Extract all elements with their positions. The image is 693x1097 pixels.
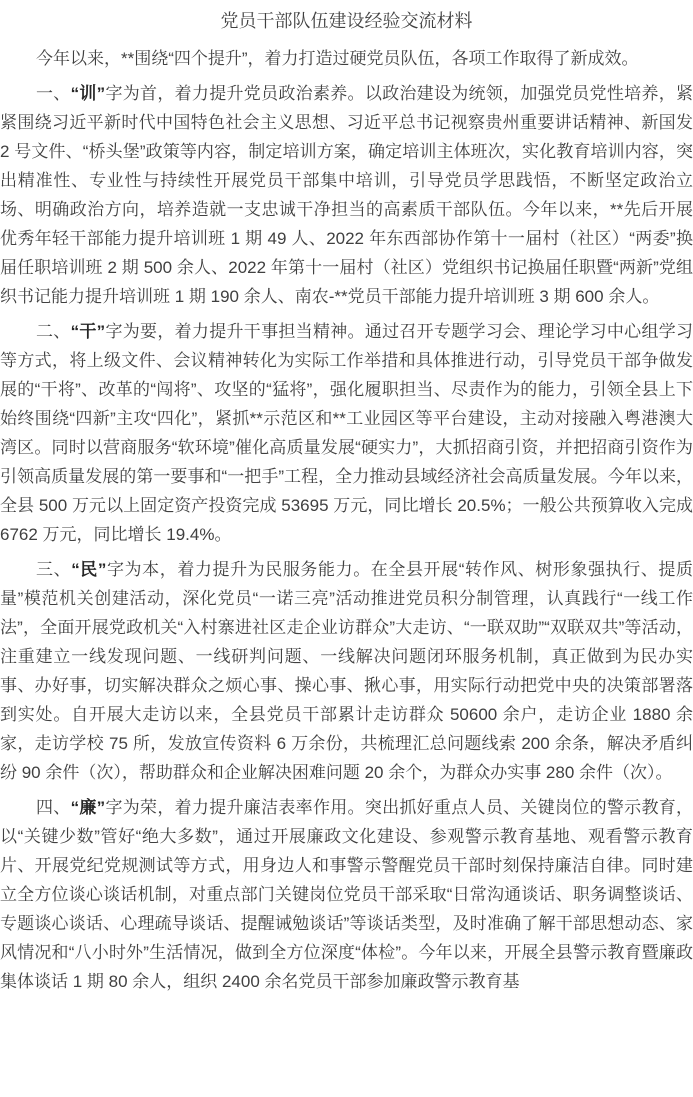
text-run: 字为荣，着力提升廉洁表率作用。突出抓好重点人员、关键岗位的警示教育，以“关键少数…: [0, 798, 693, 991]
paragraph: 二、“干”字为要，着力提升干事担当精神。通过召开专题学习会、理论学习中心组学习等…: [0, 317, 693, 549]
emphasis-text: “训”: [71, 84, 106, 103]
text-run: 今年以来，**围绕“四个提升”，着力打造过硬党员队伍，各项工作取得了新成效。: [36, 49, 639, 68]
emphasis-text: “民”: [71, 560, 106, 579]
document-page: 党员干部队伍建设经验交流材料 今年以来，**围绕“四个提升”，着力打造过硬党员队…: [0, 0, 693, 1097]
paragraph: 四、“廉”字为荣，着力提升廉洁表率作用。突出抓好重点人员、关键岗位的警示教育，以…: [0, 793, 693, 996]
text-run: 字为要，着力提升干事担当精神。通过召开专题学习会、理论学习中心组学习等方式，将上…: [0, 322, 693, 544]
emphasis-text: “廉”: [71, 798, 106, 817]
paragraph: 一、“训”字为首，着力提升党员政治素养。以政治建设为统领，加强党员党性培养，紧紧…: [0, 79, 693, 311]
emphasis-text: “干”: [71, 322, 106, 341]
paragraph: 三、“民”字为本，着力提升为民服务能力。在全县开展“转作风、树形象强执行、提质量…: [0, 555, 693, 787]
text-run: 字为首，着力提升党员政治素养。以政治建设为统领，加强党员党性培养，紧紧围绕习近平…: [0, 84, 693, 306]
text-run: 三、: [36, 560, 71, 579]
text-run: 一、: [36, 84, 71, 103]
document-body: 今年以来，**围绕“四个提升”，着力打造过硬党员队伍，各项工作取得了新成效。一、…: [0, 44, 693, 996]
document-title: 党员干部队伍建设经验交流材料: [0, 6, 693, 36]
text-run: 二、: [36, 322, 71, 341]
paragraph: 今年以来，**围绕“四个提升”，着力打造过硬党员队伍，各项工作取得了新成效。: [0, 44, 693, 73]
text-run: 四、: [36, 798, 71, 817]
text-run: 字为本，着力提升为民服务能力。在全县开展“转作风、树形象强执行、提质量”模范机关…: [0, 560, 693, 782]
